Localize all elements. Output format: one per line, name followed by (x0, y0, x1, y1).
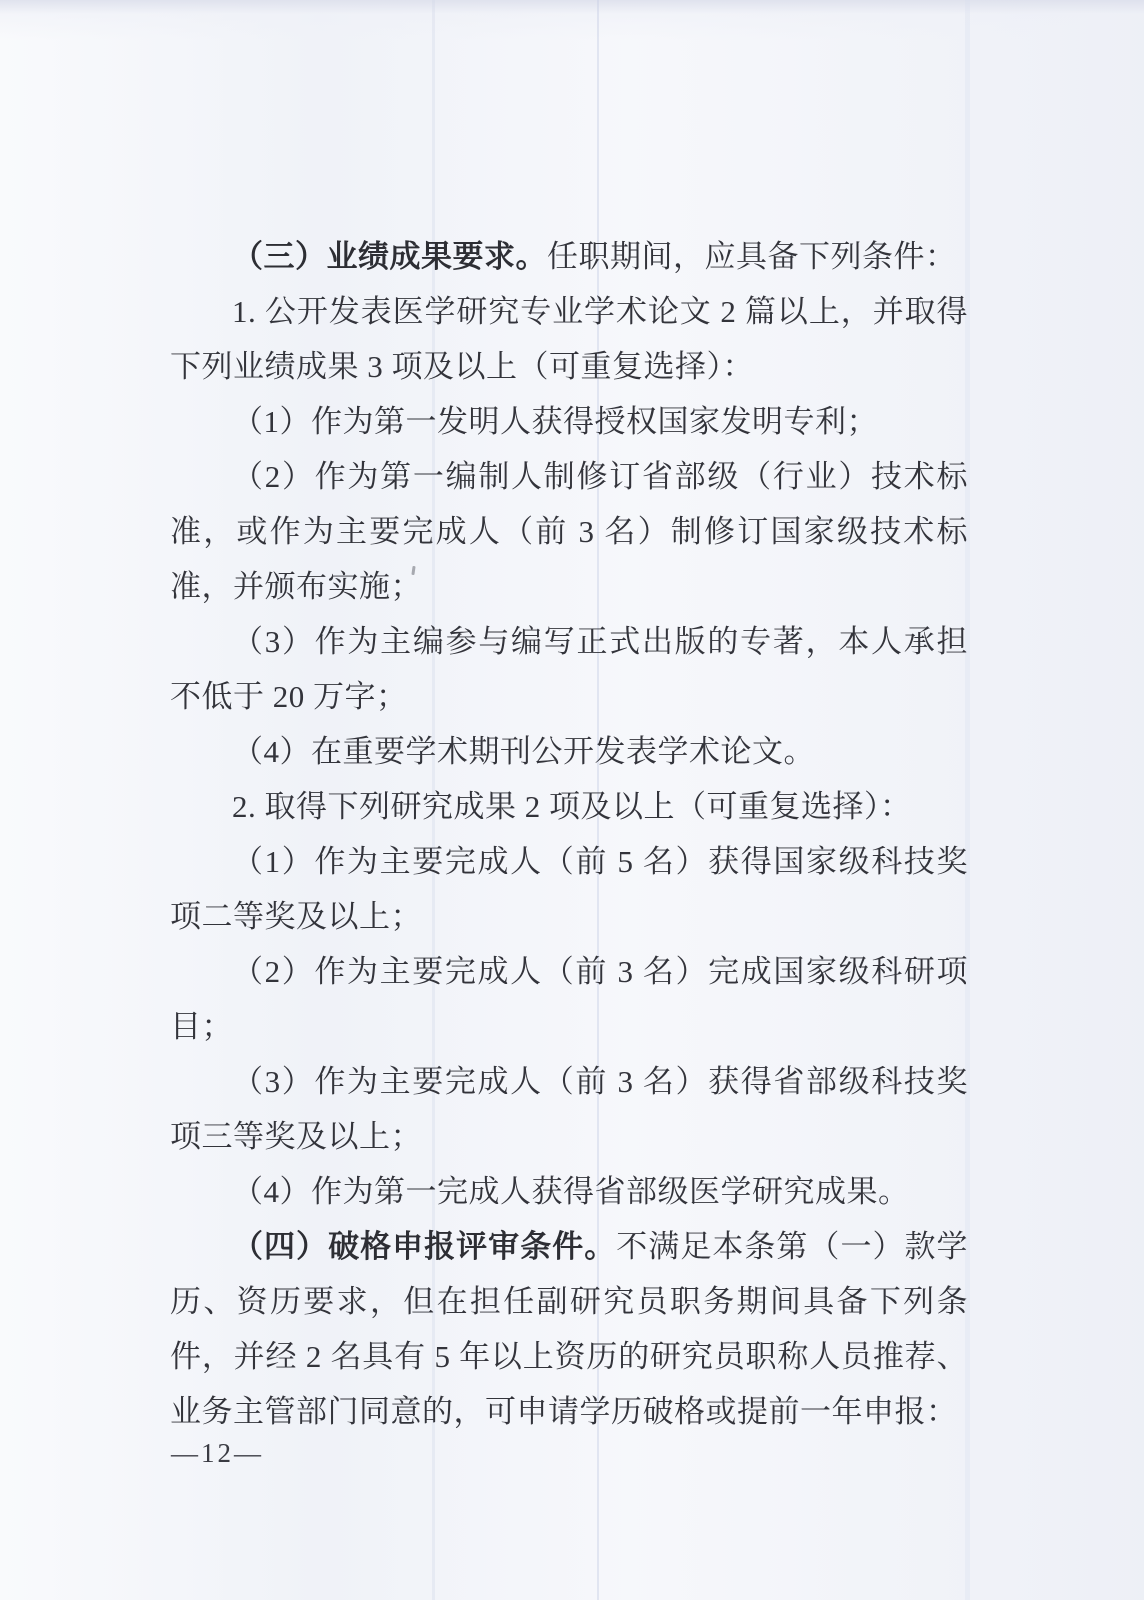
para-section-4-lead: （四）破格申报评审条件。 (232, 1229, 616, 1264)
para-clause-2-item-3: （3）作为主要完成人（前 3 名）获得省部级科技奖项三等奖及以上； (170, 1054, 968, 1164)
para-clause-2-item-4: （4）作为第一完成人获得省部级医学研究成果。 (170, 1164, 968, 1219)
document-body: （三）业绩成果要求。任职期间，应具备下列条件： 1. 公开发表医学研究专业学术论… (170, 229, 968, 1439)
para-clause-2-item-4-text: （4）作为第一完成人获得省部级医学研究成果。 (232, 1174, 910, 1209)
para-clause-1-item-3-text: （3）作为主编参与编写正式出版的专著，本人承担不低于 20 万字； (170, 624, 968, 714)
para-clause-1-item-2-text: （2）作为第一编制人制修订省部级（行业）技术标准，或作为主要完成人（前 3 名）… (170, 459, 968, 604)
para-clause-2-item-2: （2）作为主要完成人（前 3 名）完成国家级科研项目； (170, 944, 968, 1054)
scanned-document-page: （三）业绩成果要求。任职期间，应具备下列条件： 1. 公开发表医学研究专业学术论… (0, 0, 1144, 1600)
para-section-3-text: 任职期间，应具备下列条件： (547, 239, 957, 274)
para-clause-1-item-3: （3）作为主编参与编写正式出版的专著，本人承担不低于 20 万字； (170, 614, 968, 724)
para-section-4-heading: （四）破格申报评审条件。不满足本条第（一）款学历、资历要求，但在担任副研究员职务… (170, 1219, 968, 1439)
para-clause-1-item-1-text: （1）作为第一发明人获得授权国家发明专利； (232, 404, 878, 439)
para-clause-1-text: 1. 公开发表医学研究专业学术论文 2 篇以上，并取得下列业绩成果 3 项及以上… (170, 294, 968, 384)
para-clause-1-item-4-text: （4）在重要学术期刊公开发表学术论文。 (232, 734, 815, 769)
para-clause-1-item-1: （1）作为第一发明人获得授权国家发明专利； (170, 394, 968, 449)
para-clause-2-item-1-text: （1）作为主要完成人（前 5 名）获得国家级科技奖项二等奖及以上； (170, 844, 968, 934)
para-clause-2-item-3-text: （3）作为主要完成人（前 3 名）获得省部级科技奖项三等奖及以上； (170, 1064, 968, 1154)
para-clause-2-item-2-text: （2）作为主要完成人（前 3 名）完成国家级科研项目； (170, 954, 968, 1044)
para-section-3-heading: （三）业绩成果要求。任职期间，应具备下列条件： (170, 229, 968, 284)
para-section-3-lead: （三）业绩成果要求。 (232, 239, 547, 274)
para-clause-2-text: 2. 取得下列研究成果 2 项及以上（可重复选择）： (232, 789, 912, 824)
para-clause-1: 1. 公开发表医学研究专业学术论文 2 篇以上，并取得下列业绩成果 3 项及以上… (170, 284, 968, 394)
para-clause-1-item-4: （4）在重要学术期刊公开发表学术论文。 (170, 724, 968, 779)
para-clause-2-item-1: （1）作为主要完成人（前 5 名）获得国家级科技奖项二等奖及以上； (170, 834, 968, 944)
page-number: —12— (171, 1438, 264, 1469)
para-clause-1-item-2: （2）作为第一编制人制修订省部级（行业）技术标准，或作为主要完成人（前 3 名）… (170, 449, 968, 614)
para-clause-2: 2. 取得下列研究成果 2 项及以上（可重复选择）： (170, 779, 968, 834)
